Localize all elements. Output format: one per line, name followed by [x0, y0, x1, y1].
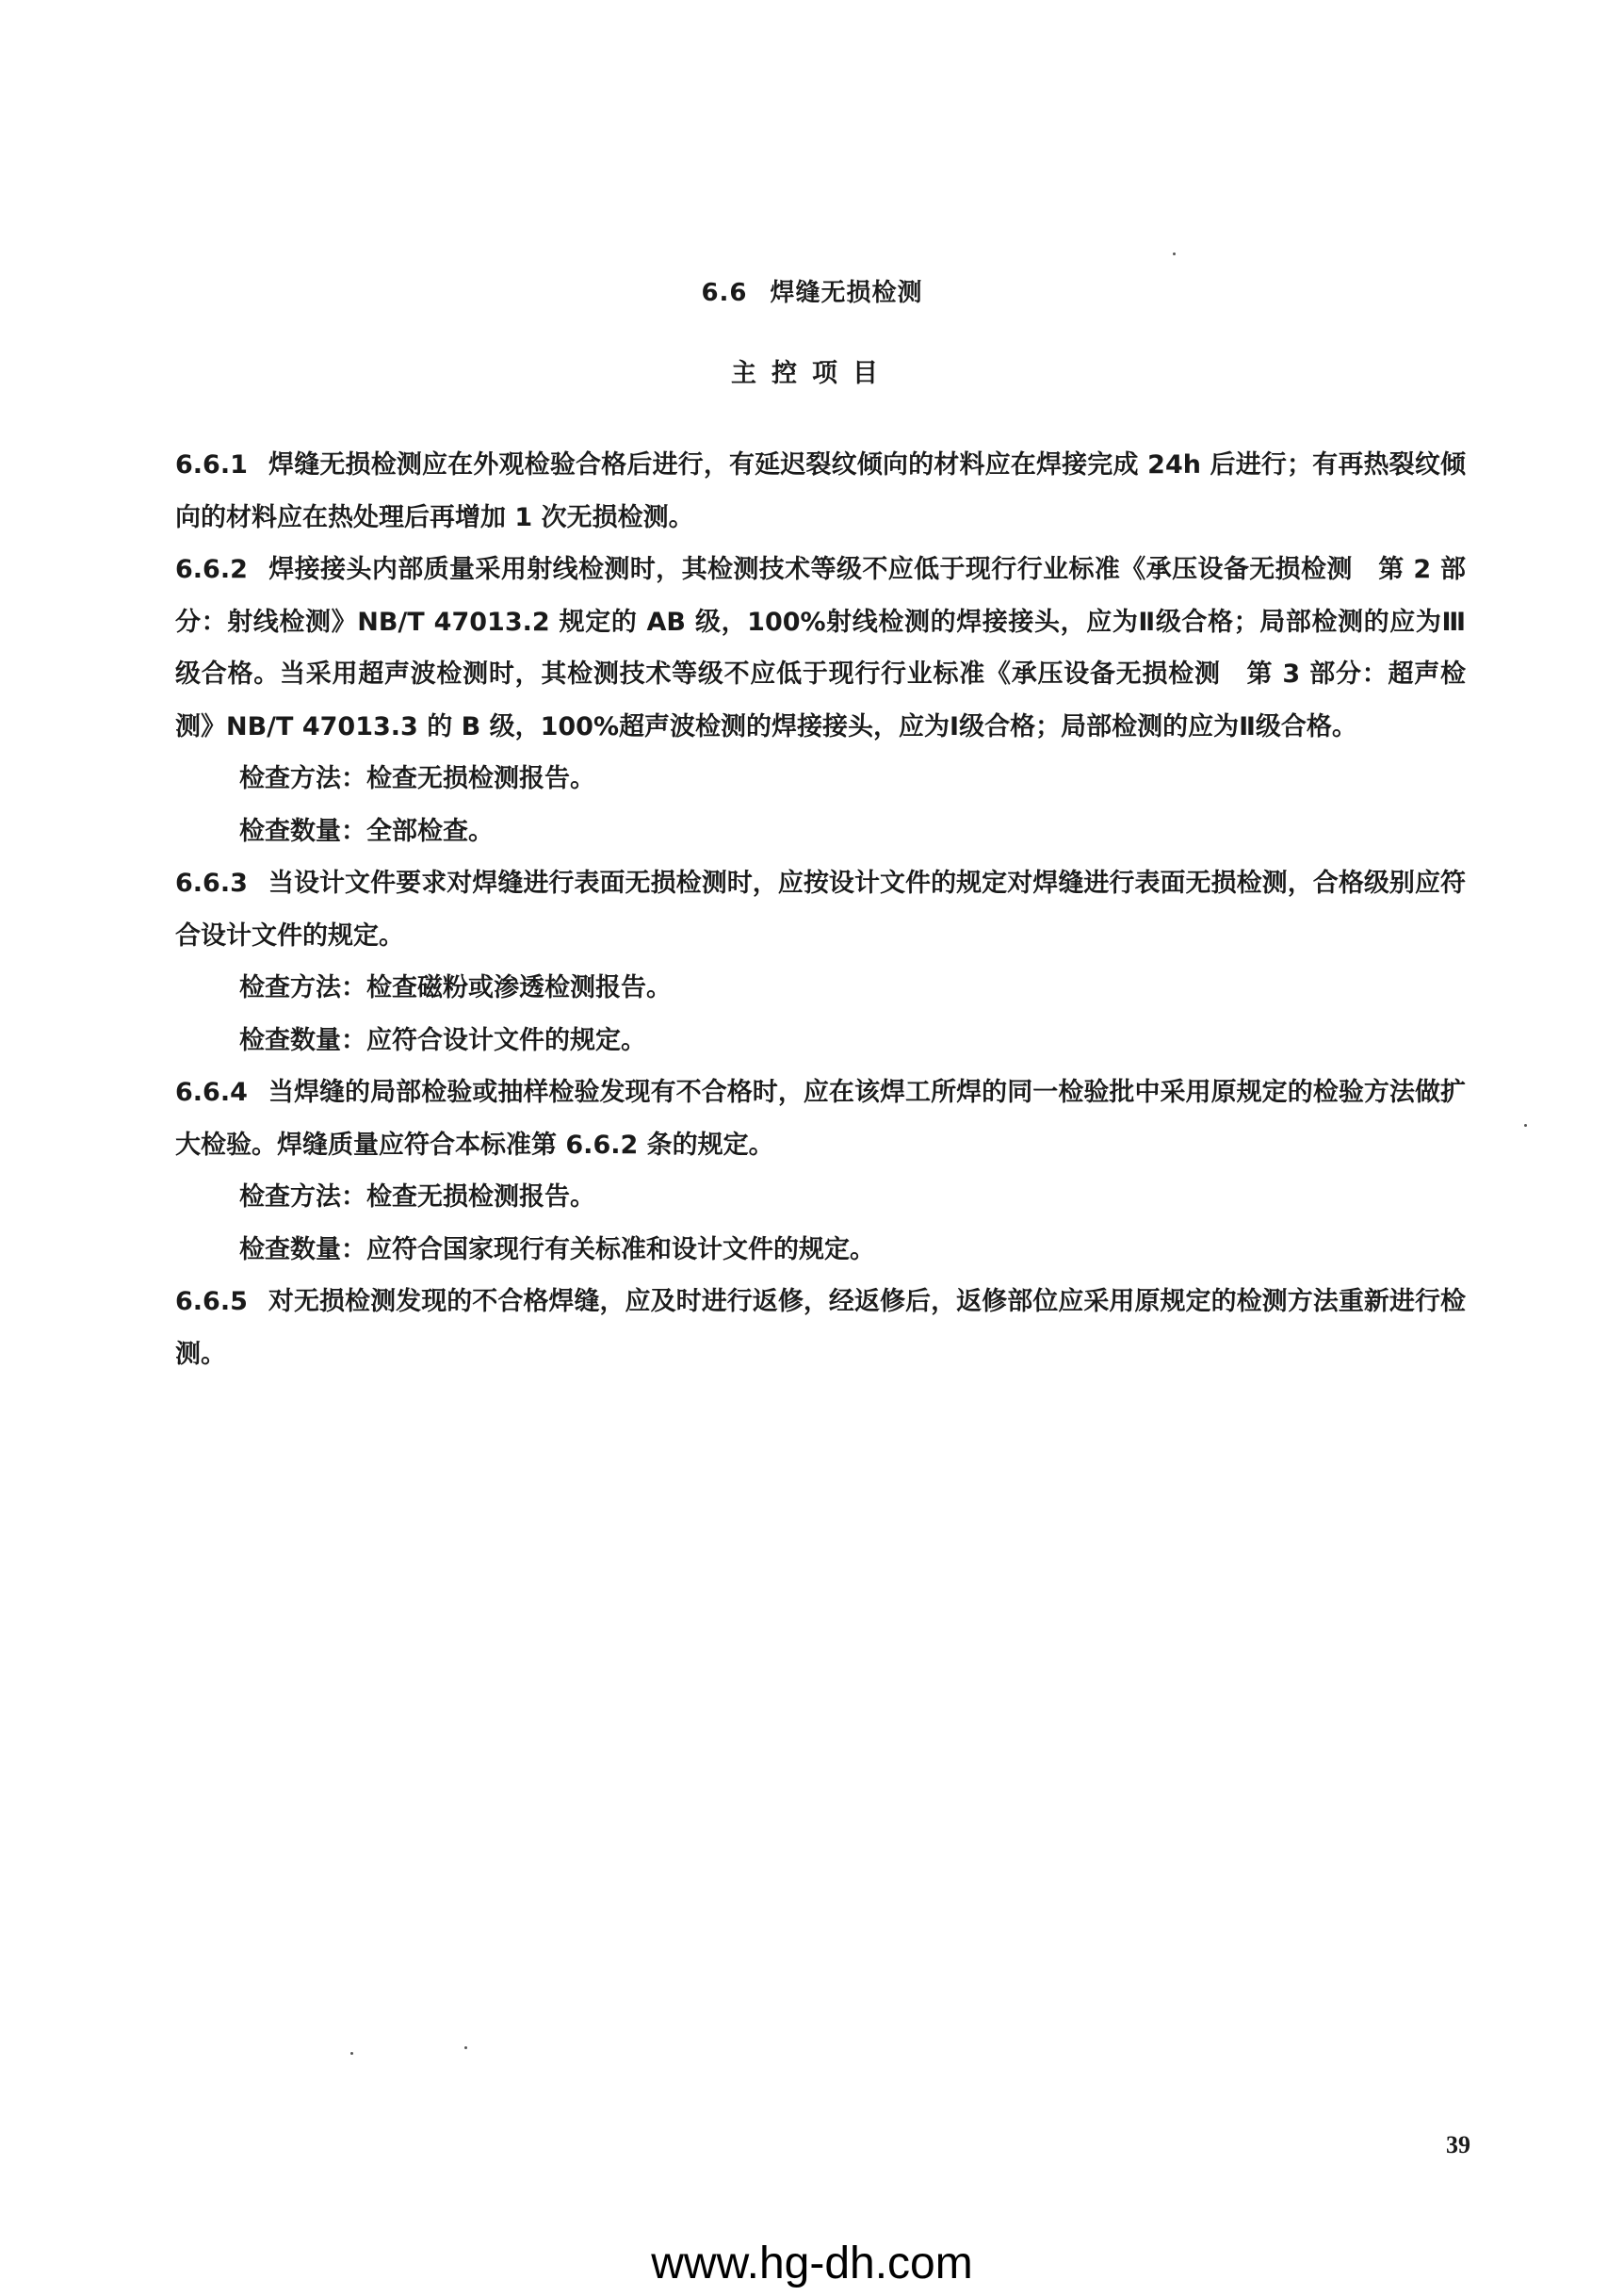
section-title-text: 焊缝无损检测: [771, 279, 923, 307]
clauses-body: 6.6.1焊缝无损检测应在外观检验合格后进行，有延迟裂纹倾向的材料应在焊接完成 …: [175, 439, 1466, 1380]
clause-6-6-2: 6.6.2焊接接头内部质量采用射线检测时，其检测技术等级不应低于现行行业标准《承…: [175, 544, 1466, 753]
clause-6-6-5: 6.6.5对无损检测发现的不合格焊缝，应及时进行返修，经返修后，返修部位应采用原…: [175, 1276, 1466, 1380]
inspection-quantity: 检查数量：全部检查。: [175, 806, 1466, 858]
clause-number: 6.6.4: [175, 1078, 248, 1107]
inspection-method: 检查方法：检查磁粉或渗透检测报告。: [175, 962, 1466, 1015]
section-number: 6.6: [701, 279, 747, 307]
clause-text: 焊缝无损检测应在外观检验合格后进行，有延迟裂纹倾向的材料应在焊接完成 24h 后…: [175, 450, 1466, 532]
inspection-method: 检查方法：检查无损检测报告。: [175, 1171, 1466, 1224]
clause-6-6-3: 6.6.3当设计文件要求对焊缝进行表面无损检测时，应按设计文件的规定对焊缝进行表…: [175, 857, 1466, 962]
footer-watermark-url: www.hg-dh.com: [0, 2238, 1624, 2289]
clause-number: 6.6.3: [175, 869, 248, 898]
page-number: 39: [1446, 2131, 1470, 2159]
subsection-heading: 主控项目: [0, 352, 1624, 389]
clause-6-6-1: 6.6.1焊缝无损检测应在外观检验合格后进行，有延迟裂纹倾向的材料应在焊接完成 …: [175, 439, 1466, 544]
clause-number: 6.6.1: [175, 450, 248, 480]
inspection-method: 检查方法：检查无损检测报告。: [175, 753, 1466, 806]
clause-text: 对无损检测发现的不合格焊缝，应及时进行返修，经返修后，返修部位应采用原规定的检测…: [175, 1287, 1466, 1369]
scan-speck: [1524, 1124, 1527, 1127]
scan-speck: [350, 2052, 353, 2055]
clause-6-6-4: 6.6.4当焊缝的局部检验或抽样检验发现有不合格时，应在该焊工所焊的同一检验批中…: [175, 1067, 1466, 1171]
clause-number: 6.6.2: [175, 555, 248, 584]
clause-number: 6.6.5: [175, 1287, 248, 1316]
document-page: 6.6焊缝无损检测 主控项目 6.6.1焊缝无损检测应在外观检验合格后进行，有延…: [0, 0, 1624, 2296]
inspection-quantity: 检查数量：应符合设计文件的规定。: [175, 1015, 1466, 1067]
section-heading: 6.6焊缝无损检测: [0, 273, 1624, 308]
scan-speck: [464, 2046, 467, 2049]
clause-text: 当设计文件要求对焊缝进行表面无损检测时，应按设计文件的规定对焊缝进行表面无损检测…: [175, 869, 1466, 951]
scan-speck: [1173, 252, 1176, 255]
clause-text: 当焊缝的局部检验或抽样检验发现有不合格时，应在该焊工所焊的同一检验批中采用原规定…: [175, 1078, 1466, 1160]
clause-text: 焊接接头内部质量采用射线检测时，其检测技术等级不应低于现行行业标准《承压设备无损…: [175, 555, 1466, 741]
inspection-quantity: 检查数量：应符合国家现行有关标准和设计文件的规定。: [175, 1224, 1466, 1277]
